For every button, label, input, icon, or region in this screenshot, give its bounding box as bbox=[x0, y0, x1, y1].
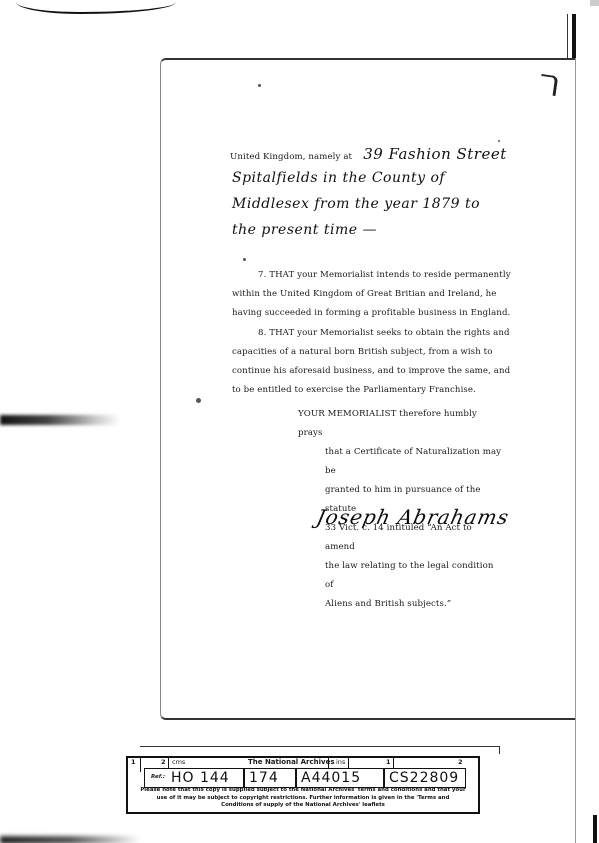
ink-speck bbox=[196, 398, 201, 403]
scan-artifact-mark bbox=[593, 815, 597, 843]
notice-line: Conditions of supply of the National Arc… bbox=[128, 802, 478, 810]
ruler-tick bbox=[348, 758, 349, 768]
ruler-inch-2: 2 bbox=[458, 758, 463, 766]
residence-typed-prefix: United Kingdom, namely at bbox=[230, 148, 352, 167]
ruler-cm-2: 2 bbox=[161, 758, 166, 766]
binding-edge bbox=[572, 14, 576, 58]
handwritten-line: Middlesex from the year 1879 to bbox=[232, 196, 480, 212]
reference-piece: 174 bbox=[249, 769, 279, 787]
paragraph-line: 8. THAT your Memorialist seeks to obtain… bbox=[232, 324, 532, 343]
ink-speck bbox=[498, 140, 500, 142]
measurement-ruler: 1 2 cms The National Archives ins 1 2 bbox=[128, 758, 478, 768]
reference-label: Ref.: bbox=[151, 774, 165, 780]
paragraph-7: 7. THAT your Memorialist intends to resi… bbox=[232, 266, 532, 323]
paragraph-line: to be entitled to exercise the Parliamen… bbox=[232, 381, 532, 400]
archive-title: The National Archives bbox=[248, 758, 335, 766]
reference-separator bbox=[383, 769, 385, 787]
scan-artifact-edge bbox=[590, 0, 599, 6]
national-archives-stamp: 1 2 cms The National Archives ins 1 2 Re… bbox=[126, 756, 480, 814]
page-corner-mark bbox=[539, 74, 559, 96]
ink-speck bbox=[243, 258, 246, 261]
ruler-inch-1: 1 bbox=[386, 758, 391, 766]
ink-speck bbox=[258, 84, 261, 87]
paragraph-8: 8. THAT your Memorialist seeks to obtain… bbox=[232, 324, 532, 400]
notice-line: use of it may be subject to copyright re… bbox=[128, 795, 478, 803]
reference-item: A44015 bbox=[301, 769, 361, 787]
ruler-cm-unit: cms bbox=[172, 758, 185, 766]
handwritten-line: the present time — bbox=[232, 222, 377, 238]
reference-series: HO 144 bbox=[171, 769, 230, 787]
scan-edge-tick bbox=[499, 746, 500, 754]
scan-edge-line bbox=[140, 746, 500, 747]
prayer-lead: YOUR MEMORIALIST therefore humbly prays bbox=[298, 405, 504, 443]
residence-line: United Kingdom, namely at 39 Fashion Str… bbox=[230, 144, 507, 167]
scan-artifact-smear bbox=[0, 415, 120, 425]
prayer-line: that a Certificate of Naturalization may… bbox=[298, 443, 504, 481]
paragraph-line: 7. THAT your Memorialist intends to resi… bbox=[232, 266, 532, 285]
paragraph-line: within the United Kingdom of Great Briti… bbox=[232, 285, 532, 304]
ruler-inch-unit: ins bbox=[336, 758, 345, 766]
paragraph-line: having succeeded in forming a profitable… bbox=[232, 304, 532, 323]
reference-separator bbox=[295, 769, 297, 787]
paragraph-line: continue his aforesaid business, and to … bbox=[232, 362, 532, 381]
prayer-line: Aliens and British subjects.” bbox=[298, 595, 504, 614]
handwritten-address: 39 Fashion Street bbox=[363, 145, 507, 163]
ruler-tick bbox=[328, 758, 329, 768]
copyright-notice: Please note that this copy is supplied s… bbox=[128, 787, 478, 810]
reference-separator bbox=[243, 769, 245, 787]
ruler-tick bbox=[140, 758, 141, 772]
ruler-cm-1: 1 bbox=[131, 758, 136, 766]
scan-artifact-smear-bottom bbox=[0, 836, 140, 843]
paragraph-line: capacities of a natural born British sub… bbox=[232, 343, 532, 362]
binding-edge-line bbox=[567, 14, 568, 62]
reference-box: Ref.: HO 144 174 A44015 CS22809 bbox=[144, 768, 466, 788]
prayer-line: the law relating to the legal condition … bbox=[298, 557, 504, 595]
reference-copy-number: CS22809 bbox=[389, 769, 459, 787]
notice-line: Please note that this copy is supplied s… bbox=[128, 787, 478, 795]
signature: Joseph Abrahams bbox=[314, 505, 511, 529]
binding-edge-line-lower bbox=[575, 58, 576, 843]
scan-artifact-curve bbox=[16, 2, 176, 14]
ruler-tick bbox=[393, 758, 394, 768]
handwritten-line: Spitalfields in the County of bbox=[232, 170, 445, 186]
ruler-tick bbox=[168, 758, 169, 768]
